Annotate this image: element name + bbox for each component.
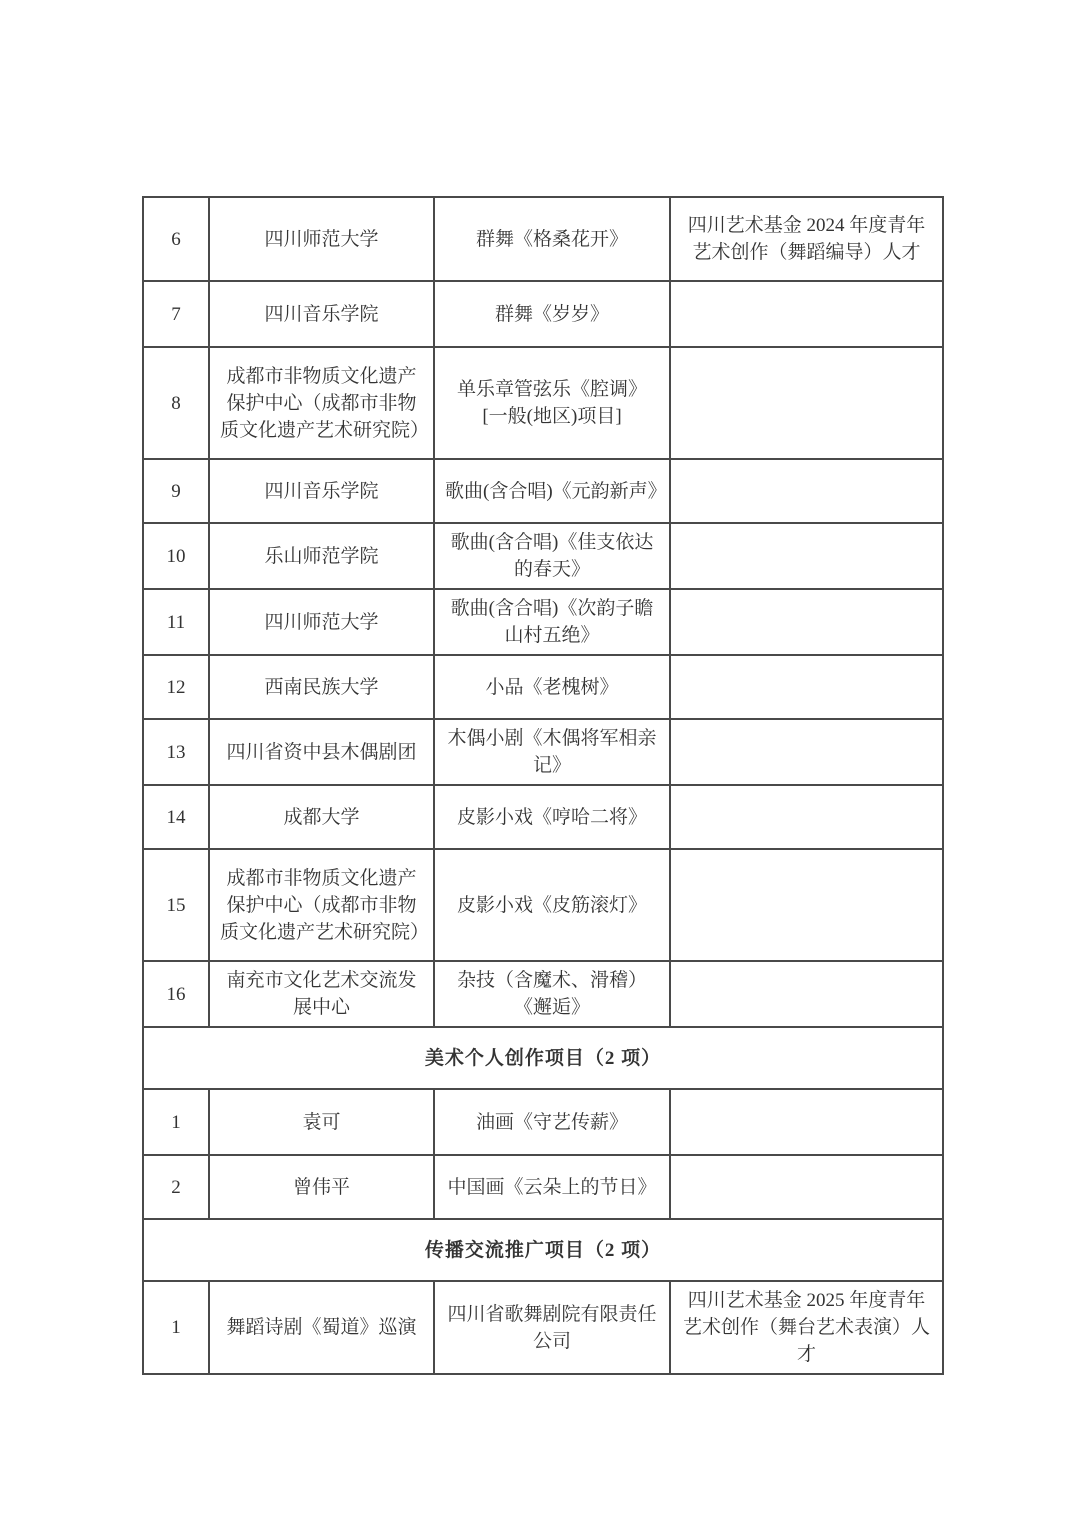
organization-cell: 南充市文化艺术交流发展中心 (209, 961, 434, 1027)
organization-cell: 四川师范大学 (209, 589, 434, 655)
grant-project-table: 6 四川师范大学 群舞《格桑花开》 四川艺术基金 2024 年度青年艺术创作（舞… (142, 196, 944, 1375)
table-row: 14 成都大学 皮影小戏《哼哈二将》 (143, 785, 943, 849)
table-row: 2 曾伟平 中国画《云朵上的节日》 (143, 1155, 943, 1219)
remark-cell (670, 719, 943, 785)
row-number-cell: 10 (143, 523, 209, 589)
organization-cell: 西南民族大学 (209, 655, 434, 719)
row-number-cell: 16 (143, 961, 209, 1027)
table-row: 11 四川师范大学 歌曲(含合唱)《次韵子瞻山村五绝》 (143, 589, 943, 655)
work-title-cell: 单乐章管弦乐《腔调》[一般(地区)项目] (434, 347, 670, 459)
table-row: 6 四川师范大学 群舞《格桑花开》 四川艺术基金 2024 年度青年艺术创作（舞… (143, 197, 943, 281)
remark-cell (670, 1155, 943, 1219)
remark-cell (670, 589, 943, 655)
table-row: 1 袁可 油画《守艺传薪》 (143, 1089, 943, 1155)
section-header-row: 传播交流推广项目（2 项） (143, 1219, 943, 1281)
table-row: 9 四川音乐学院 歌曲(含合唱)《元韵新声》 (143, 459, 943, 523)
remark-cell (670, 1089, 943, 1155)
work-title-cell: 木偶小剧《木偶将军相亲记》 (434, 719, 670, 785)
section-header: 美术个人创作项目（2 项） (143, 1027, 943, 1089)
row-number-cell: 1 (143, 1281, 209, 1374)
organization-cell: 袁可 (209, 1089, 434, 1155)
table-row: 13 四川省资中县木偶剧团 木偶小剧《木偶将军相亲记》 (143, 719, 943, 785)
work-title-cell: 歌曲(含合唱)《次韵子瞻山村五绝》 (434, 589, 670, 655)
organization-cell: 四川省资中县木偶剧团 (209, 719, 434, 785)
row-number-cell: 6 (143, 197, 209, 281)
row-number-cell: 12 (143, 655, 209, 719)
work-title-cell: 歌曲(含合唱)《佳支依达的春天》 (434, 523, 670, 589)
table-row: 12 西南民族大学 小品《老槐树》 (143, 655, 943, 719)
row-number-cell: 8 (143, 347, 209, 459)
row-number-cell: 15 (143, 849, 209, 961)
remark-cell (670, 961, 943, 1027)
row-number-cell: 13 (143, 719, 209, 785)
remark-cell (670, 849, 943, 961)
work-title-cell: 群舞《岁岁》 (434, 281, 670, 347)
work-title-cell: 皮影小戏《哼哈二将》 (434, 785, 670, 849)
remark-cell (670, 785, 943, 849)
table-row: 15 成都市非物质文化遗产保护中心（成都市非物质文化遗产艺术研究院） 皮影小戏《… (143, 849, 943, 961)
remark-cell: 四川艺术基金 2024 年度青年艺术创作（舞蹈编导）人才 (670, 197, 943, 281)
remark-cell (670, 655, 943, 719)
section-header: 传播交流推广项目（2 项） (143, 1219, 943, 1281)
work-title-cell: 歌曲(含合唱)《元韵新声》 (434, 459, 670, 523)
work-title-cell: 中国画《云朵上的节日》 (434, 1155, 670, 1219)
remark-cell: 四川艺术基金 2025 年度青年艺术创作（舞台艺术表演）人才 (670, 1281, 943, 1374)
table-row: 1 舞蹈诗剧《蜀道》巡演 四川省歌舞剧院有限责任公司 四川艺术基金 2025 年… (143, 1281, 943, 1374)
work-title-cell: 群舞《格桑花开》 (434, 197, 670, 281)
work-title-cell: 油画《守艺传薪》 (434, 1089, 670, 1155)
remark-cell (670, 523, 943, 589)
organization-cell: 乐山师范学院 (209, 523, 434, 589)
organization-cell: 成都市非物质文化遗产保护中心（成都市非物质文化遗产艺术研究院） (209, 849, 434, 961)
remark-cell (670, 347, 943, 459)
table-row: 8 成都市非物质文化遗产保护中心（成都市非物质文化遗产艺术研究院） 单乐章管弦乐… (143, 347, 943, 459)
section-header-row: 美术个人创作项目（2 项） (143, 1027, 943, 1089)
organization-cell: 四川音乐学院 (209, 459, 434, 523)
table-row: 16 南充市文化艺术交流发展中心 杂技（含魔术、滑稽）《邂逅》 (143, 961, 943, 1027)
organization-cell: 曾伟平 (209, 1155, 434, 1219)
organization-cell: 舞蹈诗剧《蜀道》巡演 (209, 1281, 434, 1374)
organization-cell: 成都大学 (209, 785, 434, 849)
organization-cell: 成都市非物质文化遗产保护中心（成都市非物质文化遗产艺术研究院） (209, 347, 434, 459)
work-title-cell: 四川省歌舞剧院有限责任公司 (434, 1281, 670, 1374)
table-row: 7 四川音乐学院 群舞《岁岁》 (143, 281, 943, 347)
work-title-cell: 小品《老槐树》 (434, 655, 670, 719)
document-page: 6 四川师范大学 群舞《格桑花开》 四川艺术基金 2024 年度青年艺术创作（舞… (0, 0, 1080, 1527)
row-number-cell: 11 (143, 589, 209, 655)
row-number-cell: 7 (143, 281, 209, 347)
row-number-cell: 2 (143, 1155, 209, 1219)
row-number-cell: 1 (143, 1089, 209, 1155)
table-row: 10 乐山师范学院 歌曲(含合唱)《佳支依达的春天》 (143, 523, 943, 589)
organization-cell: 四川师范大学 (209, 197, 434, 281)
row-number-cell: 9 (143, 459, 209, 523)
remark-cell (670, 459, 943, 523)
organization-cell: 四川音乐学院 (209, 281, 434, 347)
remark-cell (670, 281, 943, 347)
work-title-cell: 杂技（含魔术、滑稽）《邂逅》 (434, 961, 670, 1027)
row-number-cell: 14 (143, 785, 209, 849)
work-title-cell: 皮影小戏《皮筋滚灯》 (434, 849, 670, 961)
